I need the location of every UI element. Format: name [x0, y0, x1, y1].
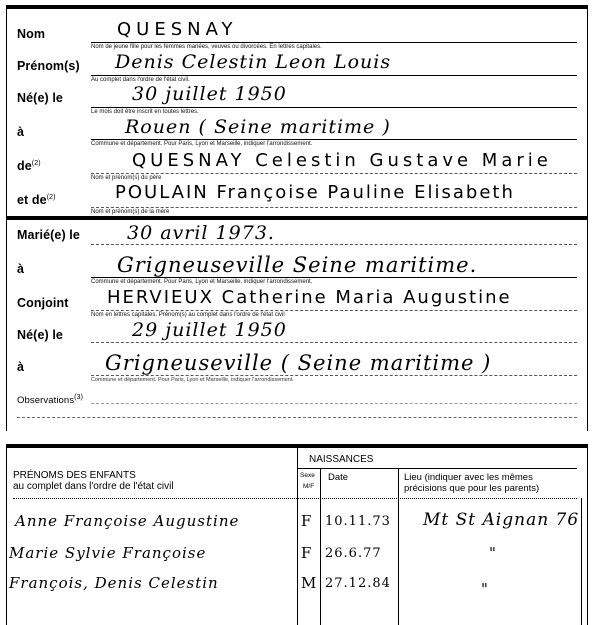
child-row[interactable]: François, Denis Celestin M 27.12.84 " — [7, 570, 587, 602]
field-value[interactable]: Grigneuseville Seine maritime. — [117, 253, 477, 277]
field-value[interactable]: 30 avril 1973. — [127, 222, 275, 244]
child-sex: F — [301, 544, 312, 562]
child-row[interactable]: Anne Françoise Augustine F 10.11.73 Mt S… — [7, 508, 587, 540]
field-label: Né(e) le — [17, 91, 63, 105]
child-row[interactable]: Marie Sylvie Françoise F 26.6.77 " — [7, 540, 587, 572]
child-date: 26.6.77 — [325, 546, 382, 561]
field-label: Né(e) le — [17, 328, 63, 342]
field-ne-le: Né(e) le 30 juillet 1950 Le mois doit êt… — [7, 81, 587, 113]
field-conjoint-lieu: à Grigneuseville ( Seine maritime ) Comm… — [7, 348, 587, 382]
field-line — [91, 310, 577, 311]
field-label: Marié(e) le — [17, 228, 80, 242]
field-line — [91, 342, 577, 343]
field-label: Nom — [17, 27, 45, 41]
field-conjoint: Conjoint HERVIEUX Catherine Maria August… — [7, 284, 587, 316]
field-value[interactable]: HERVIEUX Catherine Maria Augustine — [107, 287, 512, 308]
field-line — [91, 173, 577, 174]
field-line — [91, 403, 577, 404]
date-label: Date — [328, 472, 348, 483]
names-subtitle: au complet dans l'ordre de l'état civil — [13, 481, 174, 492]
field-line — [91, 107, 577, 108]
field-hint: Commune et département. Pour Paris, Lyon… — [91, 377, 294, 383]
field-hint: Nom et prénom(s) de la mère — [91, 209, 169, 215]
field-lieu-mariage: à Grigneuseville Seine maritime. Commune… — [7, 250, 587, 284]
field-line — [91, 139, 577, 140]
child-sex: F — [301, 512, 312, 530]
field-value[interactable]: Denis Celestin Leon Louis — [115, 51, 391, 73]
children-section: PRÉNOMS DES ENFANTS au complet dans l'or… — [6, 444, 588, 625]
field-label: Conjoint — [17, 296, 68, 310]
field-line — [17, 417, 577, 418]
field-value[interactable]: QUESNAY Celestin Gustave Marie — [132, 150, 552, 171]
field-lieu: à Rouen ( Seine maritime ) Commune et dé… — [7, 113, 587, 145]
field-value[interactable]: Rouen ( Seine maritime ) — [125, 116, 391, 138]
field-line — [91, 277, 577, 278]
child-place: Mt St Aignan 76 — [423, 510, 579, 530]
place-label-2: précisions que pour les parents) — [404, 483, 539, 494]
child-place: " — [489, 544, 497, 562]
field-pere: de(2) QUESNAY Celestin Gustave Marie Nom… — [7, 147, 587, 179]
child-date: 27.12.84 — [325, 576, 391, 591]
children-table-header: PRÉNOMS DES ENFANTS au complet dans l'or… — [7, 448, 587, 503]
field-label: à — [17, 125, 24, 139]
field-value[interactable]: 29 juillet 1950 — [132, 319, 287, 341]
header-underline — [13, 498, 577, 499]
sex-sub: M/F — [303, 483, 314, 490]
child-names: Marie Sylvie Françoise — [9, 544, 206, 562]
field-nom: Nom QUESNAY Nom de jeune fille pour les … — [7, 17, 587, 49]
field-value[interactable]: 30 juillet 1950 — [132, 83, 287, 105]
names-title: PRÉNOMS DES ENFANTS — [13, 470, 136, 481]
field-label: Observations(3) — [17, 394, 83, 406]
child-date: 10.11.73 — [325, 514, 391, 529]
field-value[interactable]: Grigneuseville ( Seine maritime ) — [105, 351, 491, 375]
field-observations[interactable]: Observations(3) — [7, 386, 587, 431]
field-marie-le: Marié(e) le 30 avril 1973. — [7, 222, 587, 250]
field-line — [91, 207, 577, 208]
field-label: à — [17, 360, 24, 374]
marriage-section: Marié(e) le 30 avril 1973. à Grigneusevi… — [6, 216, 588, 431]
field-mere: et de(2) POULAIN Françoise Pauline Elisa… — [7, 179, 587, 211]
field-label: et de(2) — [17, 193, 56, 207]
field-label: de(2) — [17, 159, 41, 173]
field-value[interactable]: QUESNAY — [117, 19, 238, 40]
child-sex: M — [301, 574, 317, 592]
field-conjoint-ne-le: Né(e) le 29 juillet 1950 — [7, 316, 587, 348]
place-label-1: Lieu (indiquer avec les mêmes — [404, 472, 533, 483]
field-line — [91, 75, 577, 76]
field-prenoms: Prénom(s) Denis Celestin Leon Louis Au c… — [7, 49, 587, 81]
child-place: " — [481, 580, 489, 598]
field-line — [91, 42, 577, 43]
field-label: Prénom(s) — [17, 59, 80, 73]
field-value[interactable]: POULAIN Françoise Pauline Elisabeth — [115, 182, 515, 203]
births-divider — [297, 468, 577, 469]
field-line — [91, 244, 577, 245]
field-label: à — [17, 262, 24, 276]
sex-label: Sexe — [300, 472, 315, 479]
identity-section: Nom QUESNAY Nom de jeune fille pour les … — [6, 5, 588, 217]
births-title: NAISSANCES — [309, 454, 373, 465]
child-names: Anne Françoise Augustine — [15, 512, 239, 530]
child-names: François, Denis Celestin — [9, 574, 219, 592]
field-line — [91, 375, 577, 376]
